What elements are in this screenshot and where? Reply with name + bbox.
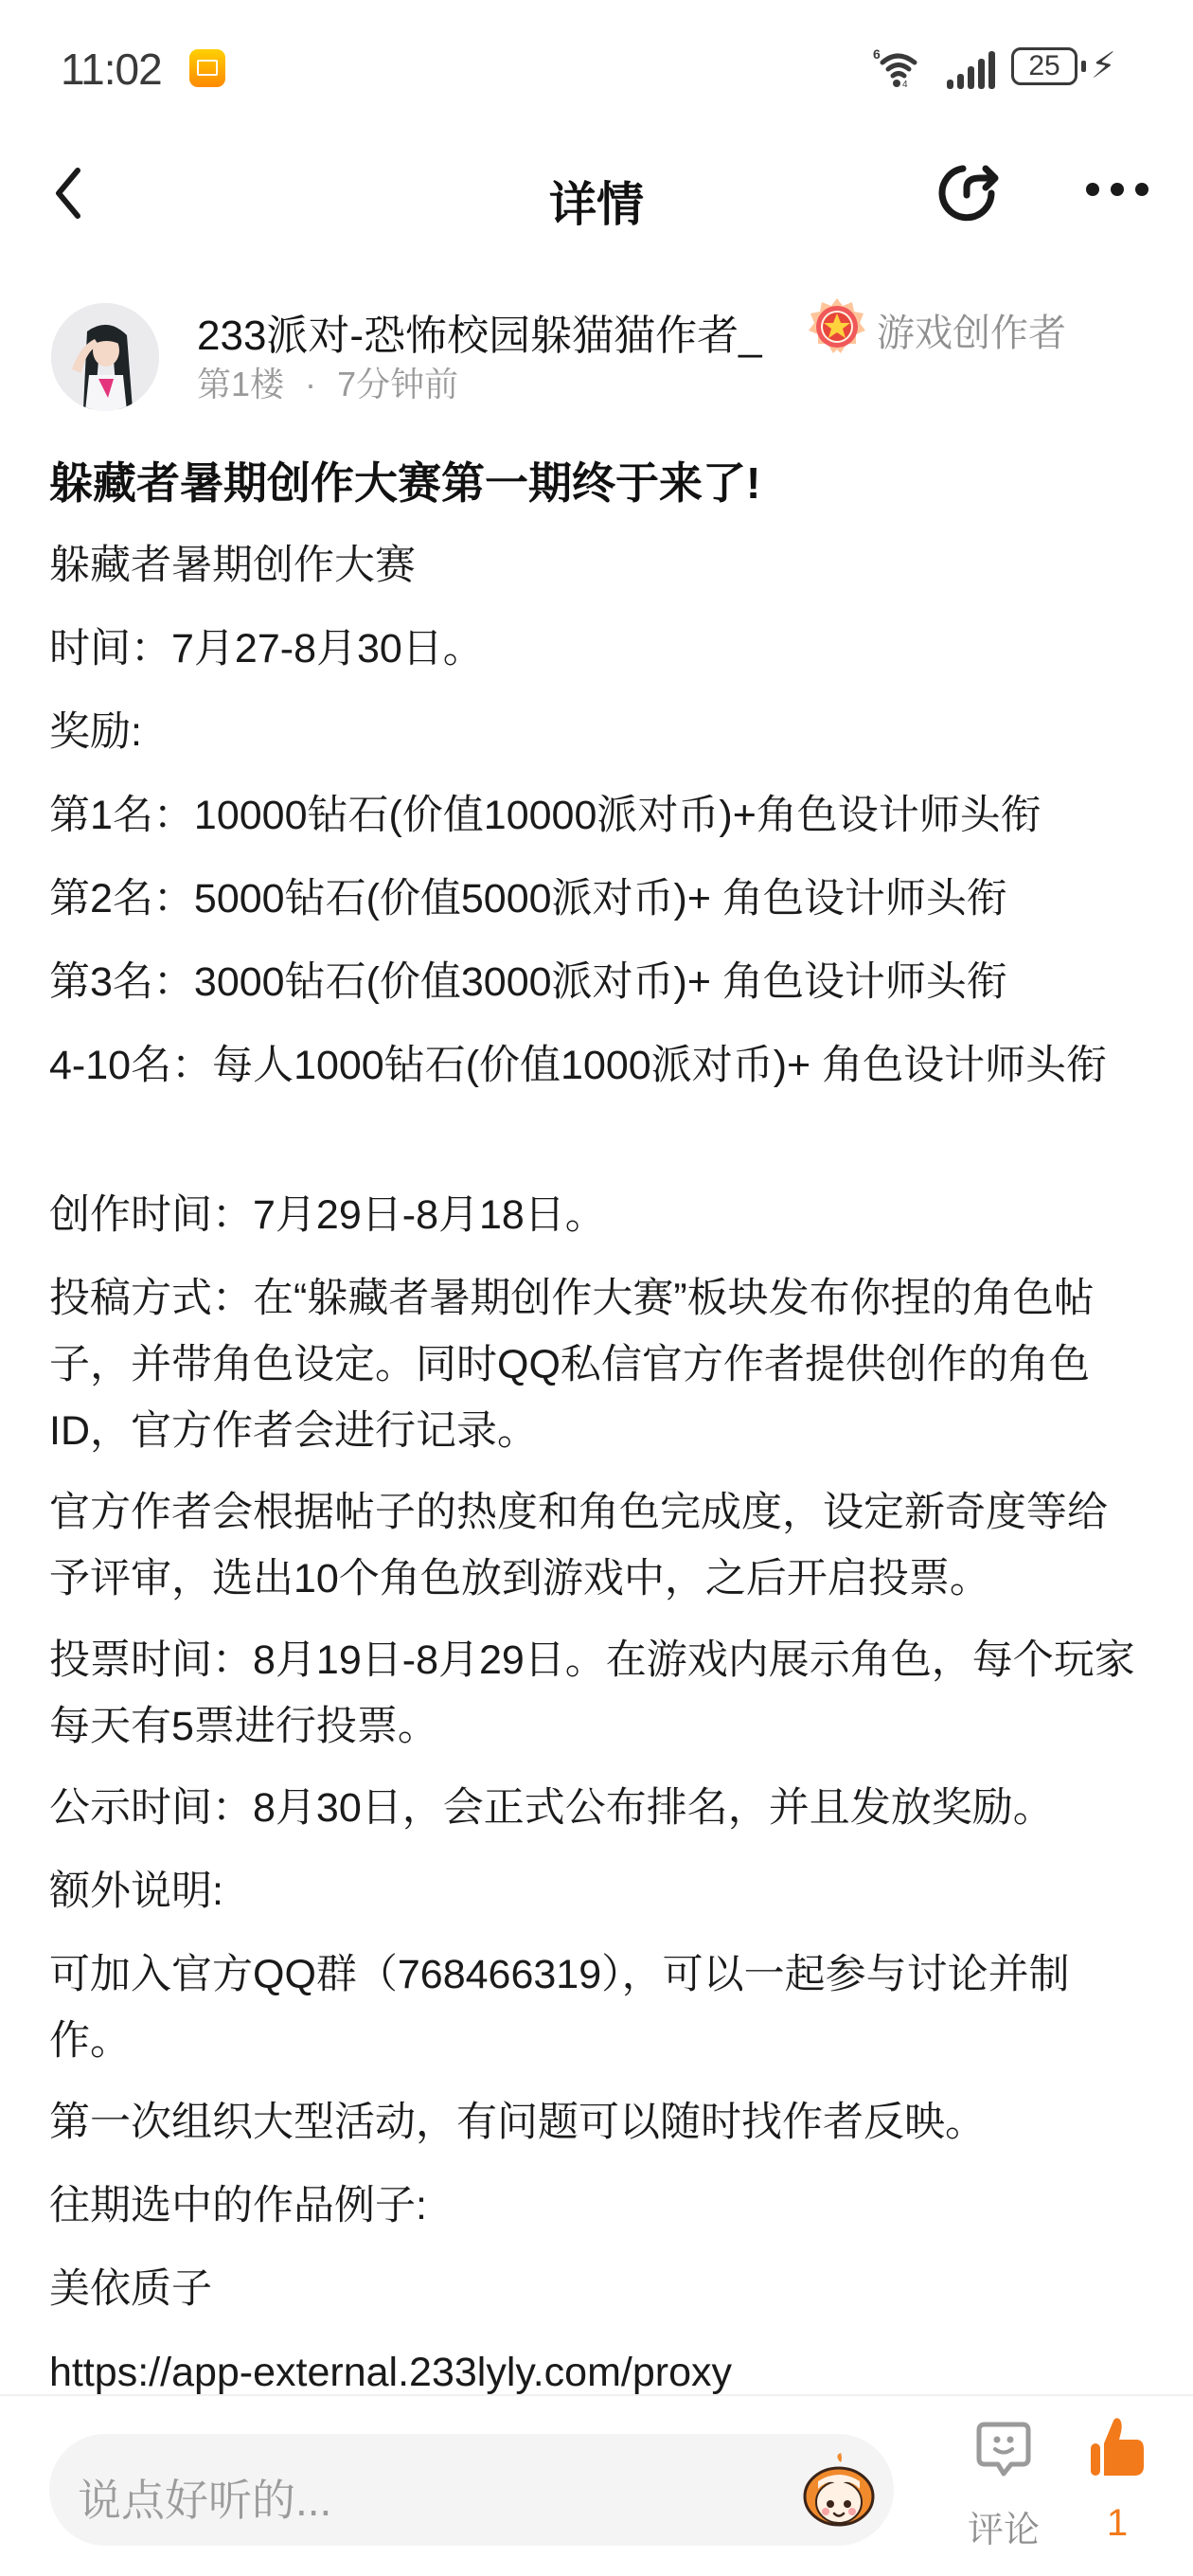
share-button[interactable] [933, 153, 1008, 229]
post-time: 7分钟前 [337, 365, 458, 403]
post-paragraph: 4-10名：每人1000钻石(价值1000派对币)+ 角色设计师头衔 [49, 1032, 1138, 1099]
emoji-sticker-button[interactable] [797, 2451, 881, 2534]
post-meta: 第1楼 · 7分钟前 [197, 358, 458, 406]
post-paragraph: 公示时间：8月30日，会正式公布排名，并且发放奖励。 [49, 1775, 1148, 1841]
post-paragraph: 投票时间：8月19日-8月29日。在游戏内展示角色，每个玩家每天有5票进行投票。 [49, 1627, 1138, 1760]
mail-notification-icon [189, 49, 225, 87]
post-title: 躲藏者暑期创作大赛第一期终于来了! [49, 449, 760, 511]
battery-indicator: 25 [1011, 47, 1077, 85]
more-options-button[interactable] [1079, 161, 1155, 218]
svg-text:4: 4 [902, 80, 908, 89]
post-paragraph: 第1名：10000钻石(价值10000派对币)+角色设计师头衔 [49, 782, 1148, 849]
comment-input[interactable]: 说点好听的... [49, 2434, 894, 2546]
battery-tip [1081, 61, 1086, 72]
charging-bolt-icon: ⚡ [1091, 47, 1116, 85]
qq-group-paragraph: 可加入官方QQ群（768466319），可以一起参与讨论并制作。 [49, 1941, 1138, 2074]
thumbs-up-icon [1089, 2415, 1146, 2483]
post-paragraph: 时间：7月27-8月30日。 [49, 616, 1148, 682]
game-creator-badge-icon [807, 296, 867, 357]
author-avatar[interactable] [51, 303, 159, 411]
like-button[interactable]: 1 [1070, 2415, 1165, 2548]
status-time: 11:02 [61, 44, 162, 95]
post-paragraph: 额外说明: [49, 1858, 1148, 1924]
floor-number: 第1楼 [197, 365, 284, 403]
status-icons: 6 4 25 ⚡ [852, 38, 1193, 95]
avatar-image [51, 303, 159, 411]
cellular-signal-icon [947, 51, 992, 89]
comment-label: 评论 [956, 2500, 1051, 2552]
post-paragraph: 美依质子 [49, 2256, 1148, 2322]
comment-input-placeholder: 说点好听的... [78, 2466, 331, 2529]
post-paragraph: 官方作者会根据帖子的热度和角色完成度，设定新奇度等给予评审，选出10个角色放到游… [49, 1479, 1138, 1612]
post-paragraph: 奖励: [49, 699, 1148, 765]
post-paragraph: 创作时间：7月29日-8月18日。 [49, 1182, 1148, 1248]
author-name[interactable]: 233派对-恐怖校园躲猫猫作者_ [197, 301, 762, 362]
comment-button[interactable]: 评论 [956, 2421, 1051, 2553]
post-paragraph: 第一次组织大型活动，有问题可以随时找作者反映。 [49, 2089, 1148, 2156]
bottom-action-bar: 说点好听的... 评论 1 [0, 2394, 1193, 2576]
wifi-icon: 6 4 [873, 45, 920, 89]
creator-badge-label: 游戏创作者 [877, 303, 1066, 357]
meta-separator: · [305, 365, 316, 403]
post-paragraph: 躲藏者暑期创作大赛 [49, 532, 1148, 599]
post-paragraph: 第3名：3000钻石(价值3000派对币)+ 角色设计师头衔 [49, 949, 1148, 1015]
post-paragraph: 往期选中的作品例子: [49, 2173, 1148, 2239]
post-paragraph: 投稿方式：在“躲藏者暑期创作大赛”板块发布你捏的角色帖子，并带角色设定。同时QQ… [49, 1265, 1138, 1464]
like-count: 1 [1070, 2502, 1165, 2545]
page-title: 详情 [0, 167, 1193, 235]
post-paragraph: 第2名：5000钻石(价值5000派对币)+ 角色设计师头衔 [49, 866, 1148, 932]
comment-bubble-icon [975, 2421, 1032, 2487]
svg-text:6: 6 [873, 46, 881, 62]
top-nav-bar: 详情 [0, 133, 1193, 256]
status-bar: 11:02 6 4 25 ⚡ [0, 0, 1193, 133]
